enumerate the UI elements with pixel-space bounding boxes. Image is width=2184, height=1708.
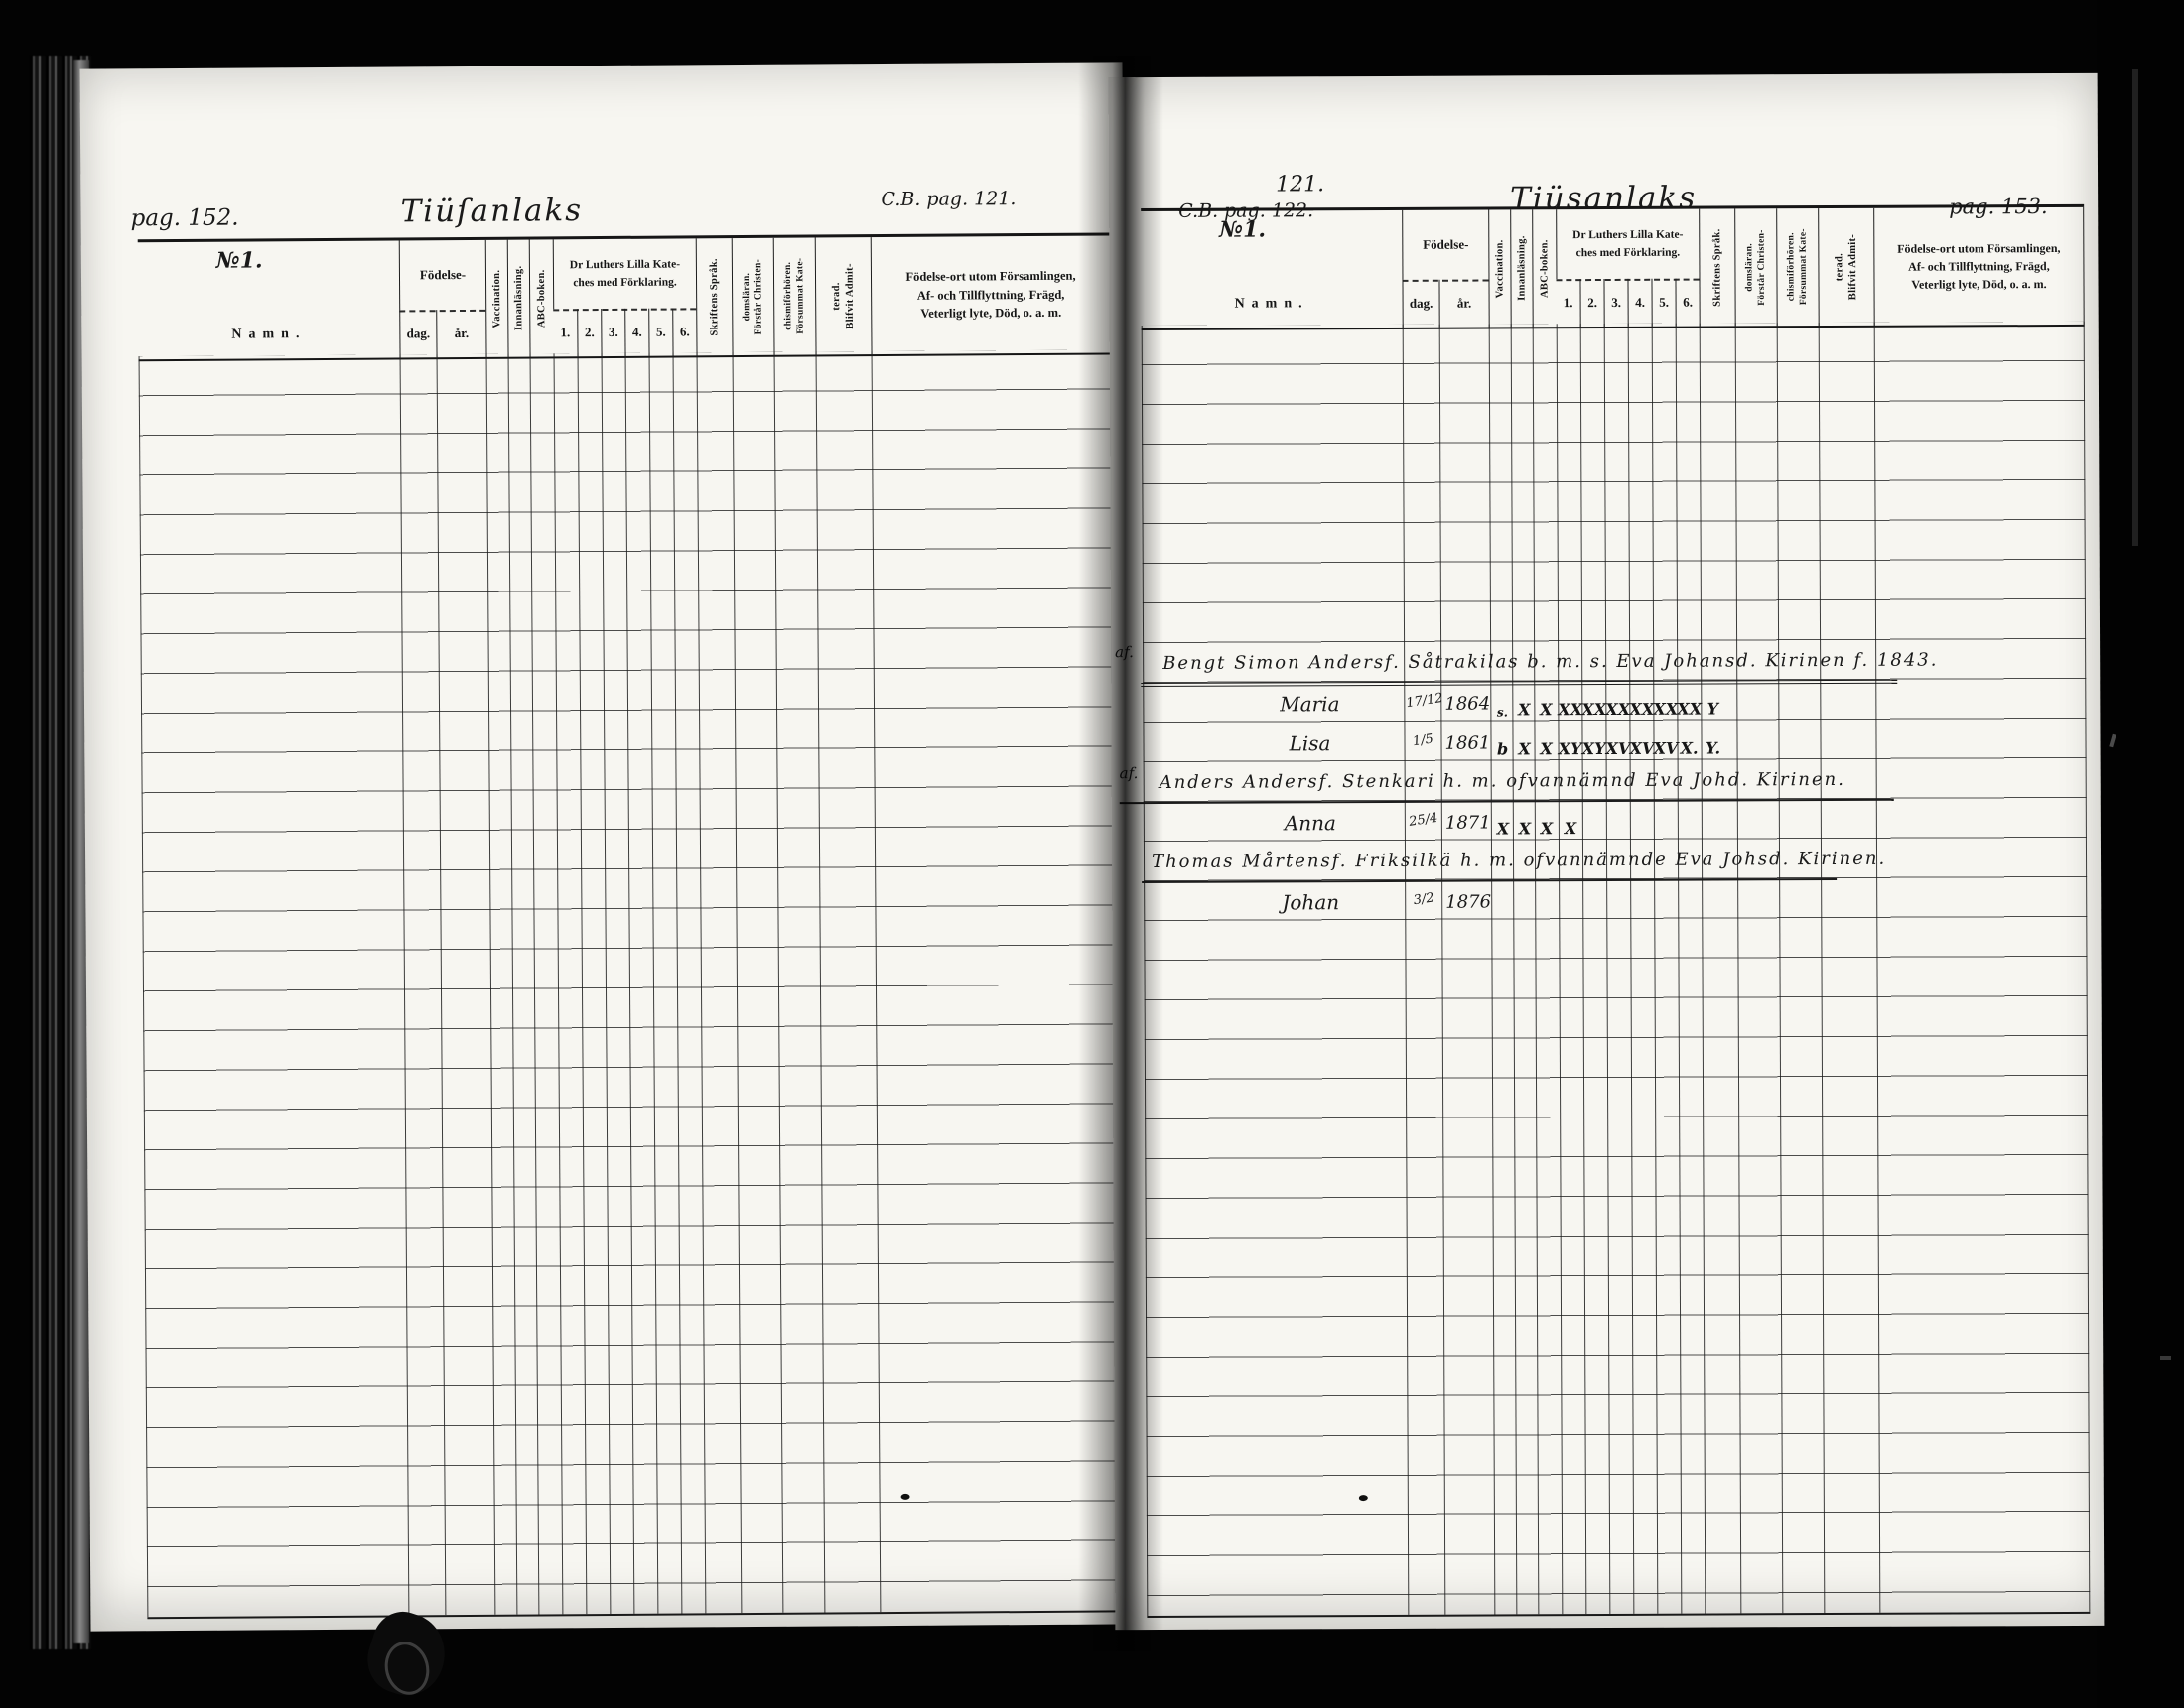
mark-abc: X	[1535, 739, 1559, 758]
header-cell-fodelseort: Födelse-ort utom Församlingen, Af- och T…	[871, 235, 1112, 354]
fodelse-label: Födelse-	[420, 265, 466, 285]
column-rule	[400, 354, 410, 1615]
header-cell-abc-boken: ABC-boken.	[1532, 209, 1557, 327]
left-table-body	[139, 349, 1121, 1619]
header-cell-namn: №1. Namn.	[138, 240, 400, 359]
column-rule	[1874, 323, 1881, 1613]
innanlasning-label: Innanläsning.	[1515, 236, 1529, 302]
scan-right-margin	[2097, 0, 2184, 1708]
birth-day: 17/12	[1405, 691, 1440, 711]
forstar-label: Förstår Christen- domsläran.	[741, 259, 765, 335]
header-cell-k4: 4.	[1627, 279, 1651, 327]
scan-streak	[2132, 69, 2138, 546]
column-rule	[602, 353, 612, 1614]
header-cell-k1: 1.	[553, 309, 577, 356]
register-entry-maria: Maria 17/12 1864 s. X X XX XX XX XX XX X…	[1111, 685, 2054, 723]
column-rule	[1557, 324, 1564, 1614]
mark-vaccination: b	[1491, 739, 1515, 758]
column-rule	[1439, 325, 1446, 1615]
column-rule	[1700, 324, 1706, 1614]
header-cell-abc-boken: ABC-boken.	[529, 239, 554, 356]
header-cell-skriftens: Skriftens Språk.	[696, 238, 733, 355]
mark-k1: XY	[1559, 739, 1582, 758]
abc-boken-label: ABC-boken.	[535, 269, 549, 328]
column-rule	[530, 354, 540, 1615]
mark-k2: XX	[1581, 700, 1605, 719]
column-rule	[139, 356, 149, 1617]
register-entry-johan: Johan 3/2 1876	[1112, 883, 2055, 921]
scan-speck	[2160, 1356, 2171, 1360]
entry-prefix: af.	[1115, 643, 1134, 661]
column-rule	[1735, 323, 1742, 1613]
header-cell-k3: 3.	[601, 309, 624, 356]
right-table-header: №1. Namn. Födelse- dag. år. Vaccination.…	[1141, 204, 2085, 330]
mark-k4: XX	[1629, 700, 1653, 719]
header-cell-vaccination: Vaccination.	[1488, 209, 1511, 327]
dag-label: dag.	[1410, 294, 1433, 314]
column-rule	[733, 352, 743, 1613]
mark-skriftens: Y.	[1702, 738, 1725, 757]
mark-skriftens: Y	[1701, 699, 1724, 718]
person-name: Lisa	[1220, 731, 1399, 756]
mark-abc: X	[1534, 700, 1558, 719]
register-entry-bengt: af. Bengt Simon Andersf. Såtrakilas b. m…	[1141, 646, 1897, 687]
entry-text: Anders Andersf. Stenkari h. m. ofvannämn…	[1160, 769, 1845, 793]
mark-k4: XV	[1630, 739, 1654, 758]
vaccination-label: Vaccination.	[1493, 239, 1507, 298]
k3-label: 3.	[609, 323, 618, 342]
mark-vaccination: X	[1491, 819, 1515, 838]
k6-label: 6.	[1683, 293, 1693, 313]
column-rule	[1403, 325, 1410, 1615]
ar-label: år.	[1457, 294, 1471, 314]
register-entry-lisa: Lisa 1/5 1861 b X X XY XY XV XV XV X. Y.	[1111, 724, 2054, 762]
dag-label: dag.	[407, 324, 431, 343]
header-cell-forsummat: Försummat Kate- chismiförhören.	[773, 238, 816, 355]
column-rule	[872, 351, 882, 1612]
kateches-label: Dr Luthers Lilla Kate- ches med Förklari…	[1572, 225, 1683, 262]
left-page: pag. 152. Tiüſanlaks C.B. pag. 121. №1. …	[80, 62, 1134, 1631]
k5-label: 5.	[656, 323, 666, 342]
header-cell-k2: 2.	[577, 309, 601, 356]
left-cb-ref: C.B. pag. 121.	[881, 188, 1016, 210]
column-rule	[554, 353, 564, 1614]
column-rule	[1142, 326, 1149, 1616]
column-rule	[1676, 324, 1683, 1614]
birth-year: 1864	[1444, 694, 1490, 715]
column-rule	[673, 353, 683, 1614]
k5-label: 5.	[1659, 293, 1669, 313]
column-rule	[2084, 322, 2091, 1612]
left-pag-label: pag. 152.	[130, 205, 238, 232]
kateches-label: Dr Luthers Lilla Kate- ches med Förklari…	[570, 255, 681, 293]
column-rule	[697, 352, 707, 1613]
forstar-label: Förstår Christen- domsläran.	[1743, 229, 1768, 306]
person-name: Anna	[1221, 811, 1400, 836]
column-rule	[1604, 324, 1611, 1614]
mark-k1: XX	[1558, 700, 1581, 719]
header-cell-forsummat: Försummat Kate- chismiförhören.	[1776, 208, 1819, 326]
mark-k6: XX	[1677, 700, 1701, 719]
header-cell-blifvit: Blifvit Admit- terad.	[815, 237, 872, 354]
fodelseort-label: Födelse-ort utom Församlingen, Af- och T…	[905, 267, 1076, 324]
header-cell-fodelse: Födelse-	[399, 240, 485, 311]
column-rule	[437, 354, 447, 1615]
entry-text: Bengt Simon Andersf. Såtrakilas b. m. s.…	[1162, 650, 1938, 674]
mark-k5: XV	[1654, 739, 1678, 758]
header-cell-skriftens: Skriftens Språk.	[1699, 208, 1735, 326]
column-rule	[1533, 324, 1540, 1614]
ink-dot	[901, 1494, 910, 1500]
skriftens-label: Skriftens Språk.	[708, 258, 722, 335]
mark-k6: X.	[1678, 739, 1702, 758]
register-entry-thomas: Thomas Mårtensf. Friksilkä h. m. ofvannä…	[1142, 845, 1837, 883]
k4-label: 4.	[1635, 293, 1645, 313]
column-rule	[1819, 323, 1826, 1613]
k2-label: 2.	[585, 323, 595, 342]
entry-prefix: af.	[1120, 764, 1139, 782]
mark-vaccination: s.	[1490, 705, 1514, 719]
skriftens-label: Skriftens Språk.	[1710, 228, 1724, 306]
column-rule	[1580, 324, 1587, 1614]
left-page-title: Tiüſanlaks	[400, 193, 583, 229]
birth-day: 1/5	[1406, 730, 1441, 750]
header-cell-k4: 4.	[624, 309, 648, 356]
header-cell-k1: 1.	[1556, 279, 1579, 327]
fodelseort-label: Födelse-ort utom Församlingen, Af- och T…	[1897, 239, 2061, 294]
k2-label: 2.	[1587, 293, 1597, 313]
birth-year: 1871	[1445, 813, 1491, 834]
mark-k3: XX	[1605, 700, 1629, 719]
column-rule	[486, 354, 496, 1615]
ar-label: år.	[455, 324, 469, 343]
column-rule	[1777, 323, 1784, 1613]
column-rule	[774, 352, 784, 1613]
mark-k1: X	[1559, 819, 1582, 838]
header-cell-k5: 5.	[648, 309, 672, 356]
column-rule	[625, 353, 635, 1614]
mark-k2: XY	[1582, 739, 1606, 758]
header-cell-dag: dag.	[1402, 280, 1438, 328]
header-cell-kateches: Dr Luthers Lilla Kate- ches med Förklari…	[553, 238, 696, 309]
column-rule	[508, 354, 518, 1615]
column-rule	[816, 352, 826, 1613]
header-cell-forstar: Förstår Christen- domsläran.	[1734, 208, 1777, 326]
k1-label: 1.	[1564, 293, 1573, 313]
k4-label: 4.	[632, 323, 642, 342]
forsummat-label: Försummat Kate- chismiförhören.	[1785, 229, 1810, 306]
mark-k5: XX	[1653, 700, 1677, 719]
k3-label: 3.	[1611, 293, 1621, 313]
header-cell-kateches: Dr Luthers Lilla Kate- ches med Förklari…	[1556, 209, 1699, 280]
person-name: Maria	[1220, 692, 1399, 717]
header-cell-ar: år.	[1438, 280, 1488, 328]
mark-innanlasning: X	[1513, 739, 1537, 758]
header-cell-innanlasning: Innanläsning.	[507, 240, 530, 357]
mark-abc: X	[1535, 819, 1559, 838]
header-cell-namn: №1. Namn.	[1141, 210, 1403, 328]
column-rule	[1511, 324, 1518, 1614]
no1-handwritten: №1.	[1219, 216, 1266, 242]
namn-label: Namn.	[138, 326, 399, 343]
birth-year: 1876	[1445, 892, 1491, 913]
mark-innanlasning: X	[1512, 700, 1536, 719]
header-cell-k6: 6.	[1675, 279, 1699, 327]
right-table-body	[1142, 322, 2091, 1618]
forsummat-label: Försummat Kate- chismiförhören.	[782, 258, 807, 334]
k1-label: 1.	[560, 323, 570, 342]
right-corner-number: 121.	[1276, 172, 1324, 197]
column-rule	[1489, 325, 1496, 1615]
header-cell-fodelse: Födelse-	[1402, 210, 1488, 280]
column-rule	[1652, 324, 1659, 1614]
blifvit-label: Blifvit Admit- terad.	[1833, 234, 1860, 300]
column-rule	[649, 353, 659, 1614]
birth-year: 1861	[1444, 733, 1490, 754]
vaccination-label: Vaccination.	[490, 269, 504, 328]
header-cell-blifvit: Blifvit Admit- terad.	[1818, 208, 1874, 326]
right-page: 121. C.B. pag. 122. Tiüsanlaks pag. 153.…	[1109, 73, 2105, 1630]
header-cell-innanlasning: Innanläsning.	[1510, 209, 1533, 327]
header-cell-ar: år.	[436, 310, 485, 357]
person-name: Johan	[1221, 890, 1400, 915]
column-rule	[1628, 324, 1635, 1614]
namn-label: Namn.	[1142, 296, 1403, 313]
blifvit-label: Blifvit Admit- terad.	[830, 263, 858, 329]
left-table-header: №1. Namn. Födelse- dag. år. Vaccination.…	[138, 232, 1112, 361]
birth-day: 25/4	[1406, 810, 1441, 830]
column-rule	[578, 353, 588, 1614]
register-entry-anna: Anna 25/4 1871 X X X X	[1112, 804, 2055, 842]
ink-dot	[1359, 1495, 1368, 1501]
header-cell-k6: 6.	[672, 308, 696, 355]
birth-day: 3/2	[1406, 889, 1441, 909]
header-cell-forstar: Förstår Christen- domsläran.	[732, 238, 774, 355]
header-cell-dag: dag.	[399, 310, 436, 357]
innanlasning-label: Innanläsning.	[512, 266, 526, 331]
register-entry-anders: af. Anders Andersf. Stenkari h. m. ofvan…	[1120, 765, 1894, 804]
k6-label: 6.	[680, 323, 690, 342]
entry-text: Thomas Mårtensf. Friksilkä h. m. ofvannä…	[1152, 849, 1886, 872]
no1-handwritten: №1.	[216, 247, 263, 273]
mark-innanlasning: X	[1513, 819, 1537, 838]
mark-k3: XV	[1606, 739, 1630, 758]
header-cell-vaccination: Vaccination.	[485, 240, 508, 357]
fodelse-label: Födelse-	[1423, 235, 1468, 255]
header-cell-k2: 2.	[1579, 279, 1603, 327]
header-cell-k3: 3.	[1603, 279, 1627, 327]
header-cell-k5: 5.	[1651, 279, 1675, 327]
abc-boken-label: ABC-boken.	[1538, 239, 1552, 298]
header-cell-fodelseort: Födelse-ort utom Församlingen, Af- och T…	[1873, 207, 2085, 326]
